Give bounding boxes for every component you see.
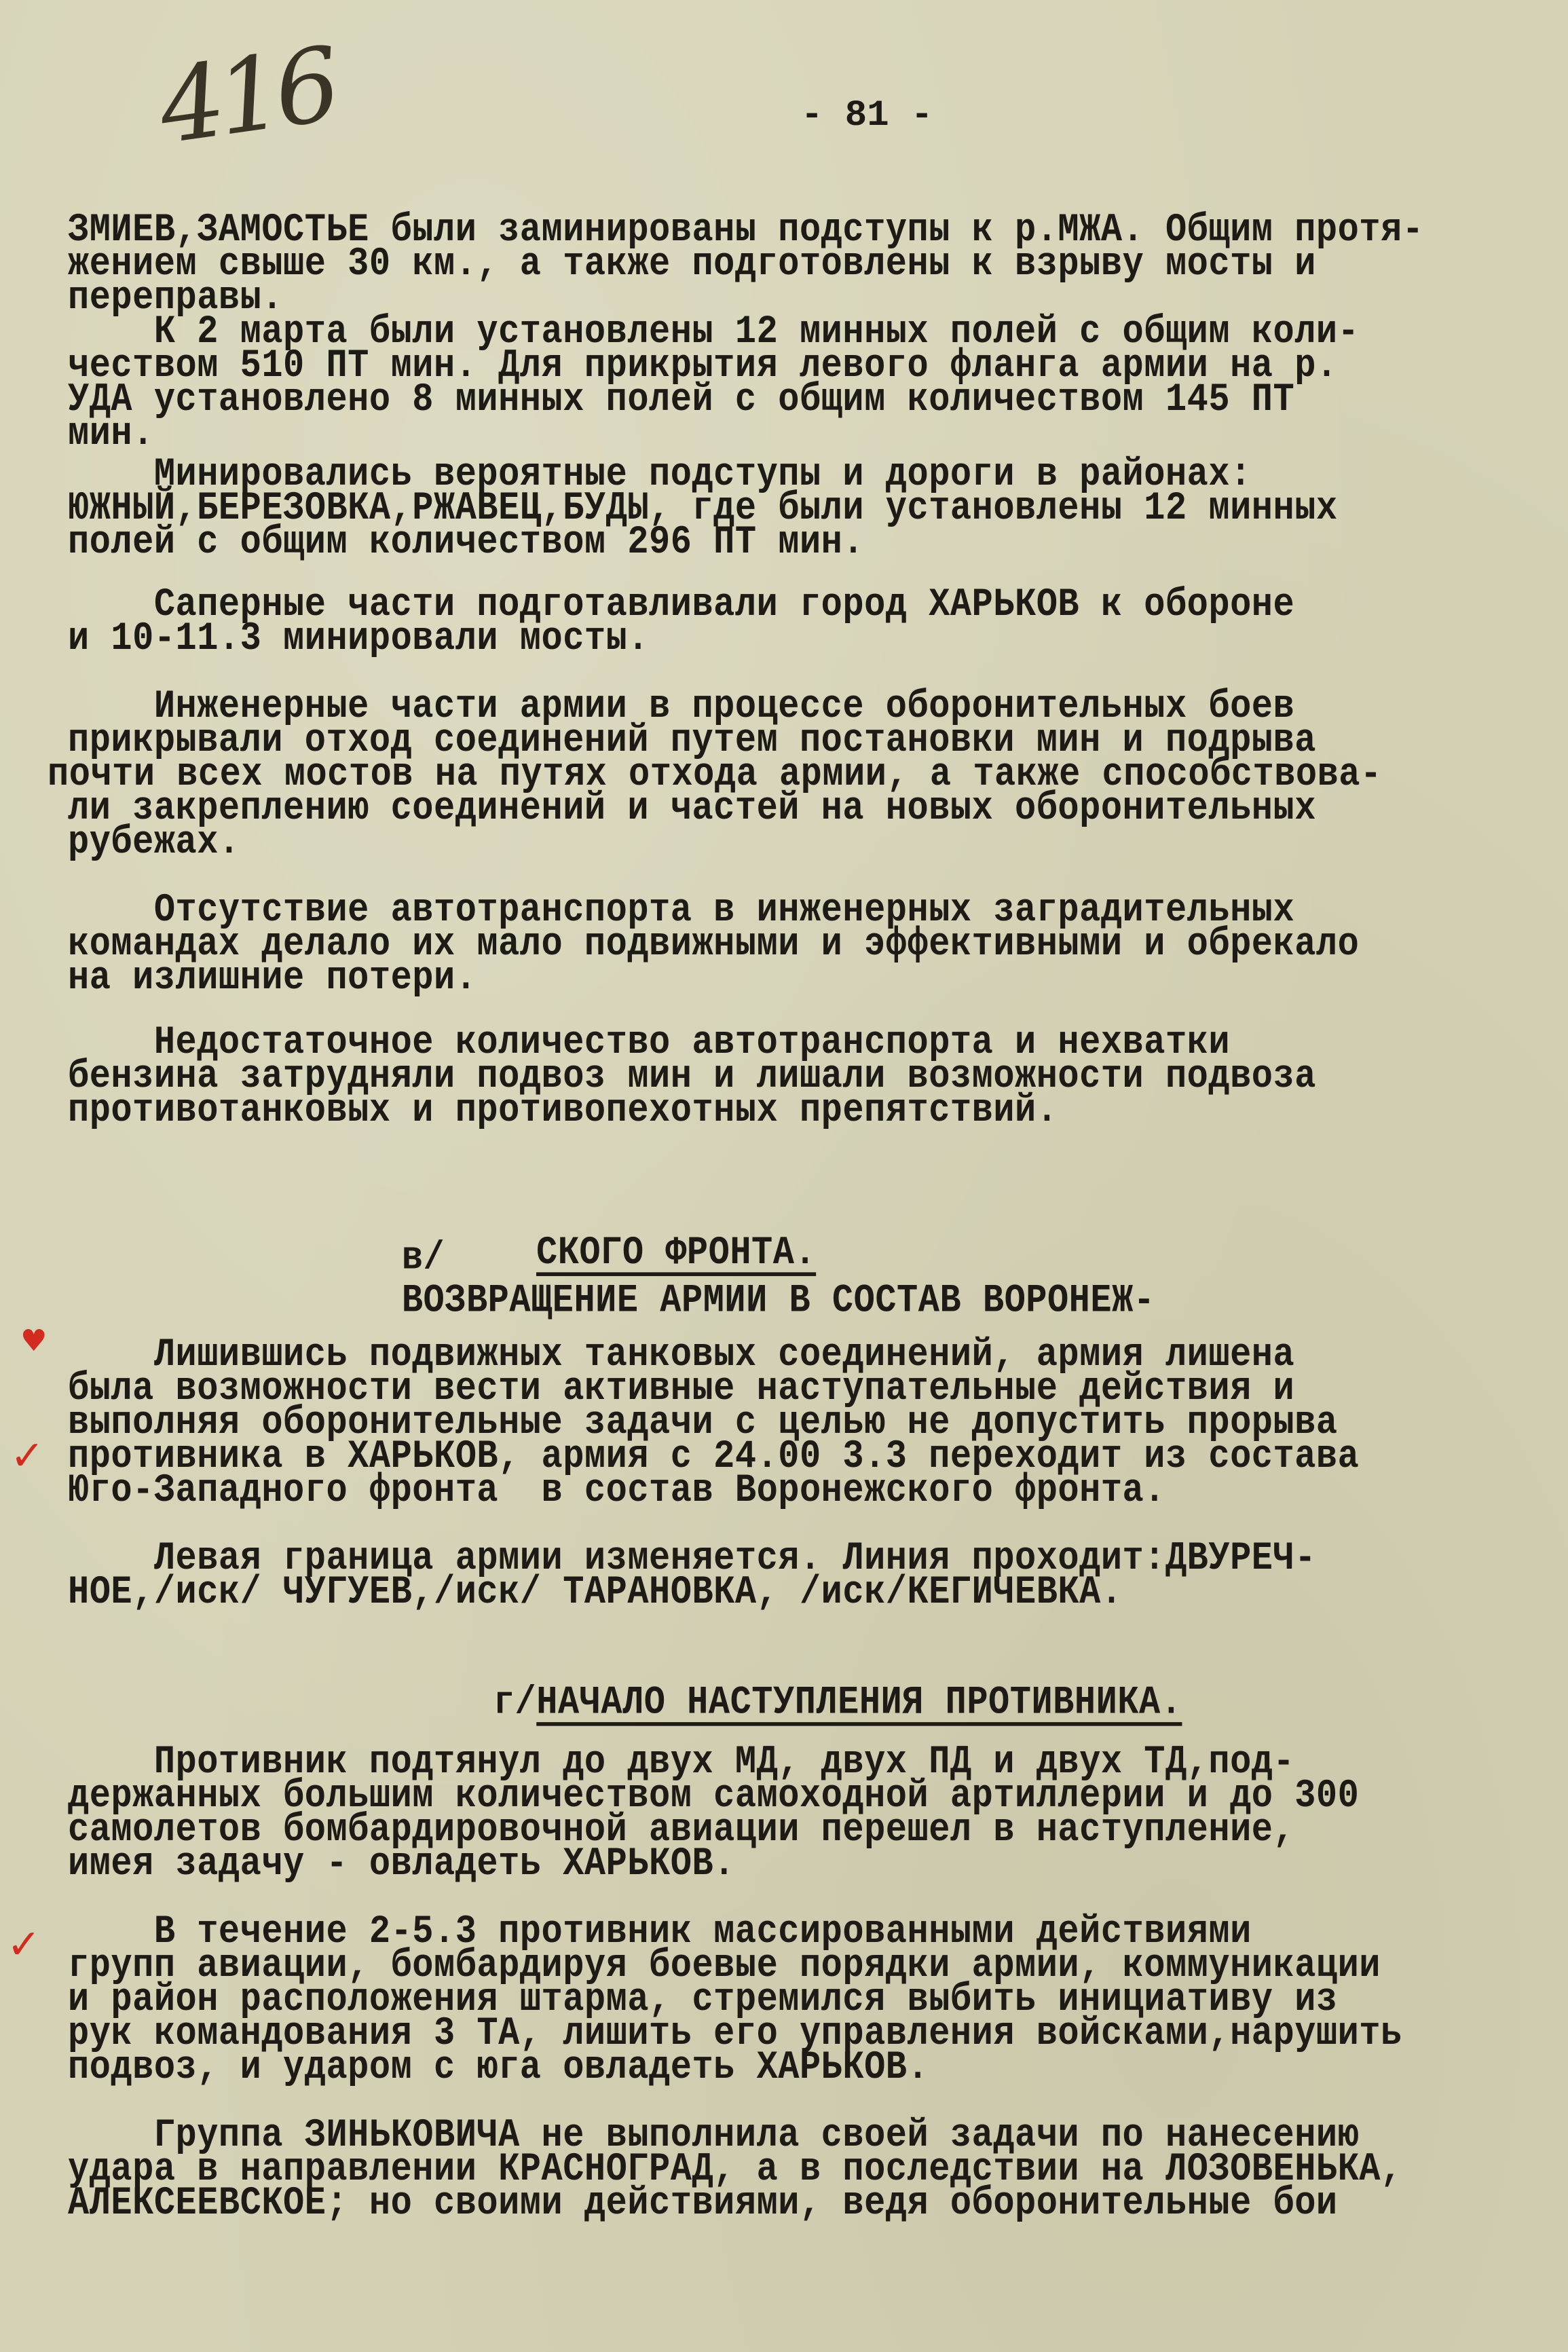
section-title: НАЧАЛО НАСТУПЛЕНИЯ ПРОТИВНИКА. <box>536 1680 1182 1725</box>
document-page: 416 - 81 - ЗМИЕВ,ЗАМОСТЬЕ были заминиров… <box>0 0 1568 2352</box>
section-prefix: в/ <box>402 1235 445 1280</box>
red-check-mark-icon: ✓ <box>7 1921 41 1968</box>
text-line: рубежах. <box>68 821 240 864</box>
archive-page-number-handwritten: 416 <box>152 26 341 167</box>
text-line: подвоз, и ударом с юга овладеть ХАРЬКОВ. <box>68 2047 929 2089</box>
text-line: НОЕ,/иск/ ЧУГУЕВ,/иск/ ТАРАНОВКА, /иск/К… <box>68 1571 1123 1614</box>
red-tick-mark-icon: ♥ <box>20 1324 47 1358</box>
section-title-line2: СКОГО ФРОНТА. <box>536 1232 816 1275</box>
text-line: полей с общим количеством 296 ПТ мин. <box>68 521 864 564</box>
text-line: противотанковых и противопехотных препят… <box>68 1089 1058 1132</box>
section-prefix: г/ <box>493 1680 536 1725</box>
text-line: ли закреплению соединений и частей на но… <box>68 787 1316 830</box>
red-check-mark-icon: ✓ <box>10 1432 44 1480</box>
section-title-line1: ВОЗВРАЩЕНИЕ АРМИИ В СОСТАВ ВОРОНЕЖ- <box>402 1278 1155 1323</box>
text-line: УДА установлено 8 минных полей с общим к… <box>68 379 1294 422</box>
text-line: имея задачу - овладеть ХАРЬКОВ. <box>68 1843 735 1886</box>
text-line: мин. <box>68 413 154 455</box>
text-line: на излишние потери. <box>68 957 477 1000</box>
page-number: - 81 - <box>801 95 933 136</box>
text-line: Юго-Западного фронта в состав Воронежско… <box>68 1470 1165 1512</box>
text-line: АЛЕКСЕЕВСКОЕ; но своими действиями, ведя… <box>68 2182 1338 2225</box>
text-line: и 10-11.3 минировали мосты. <box>68 618 649 660</box>
